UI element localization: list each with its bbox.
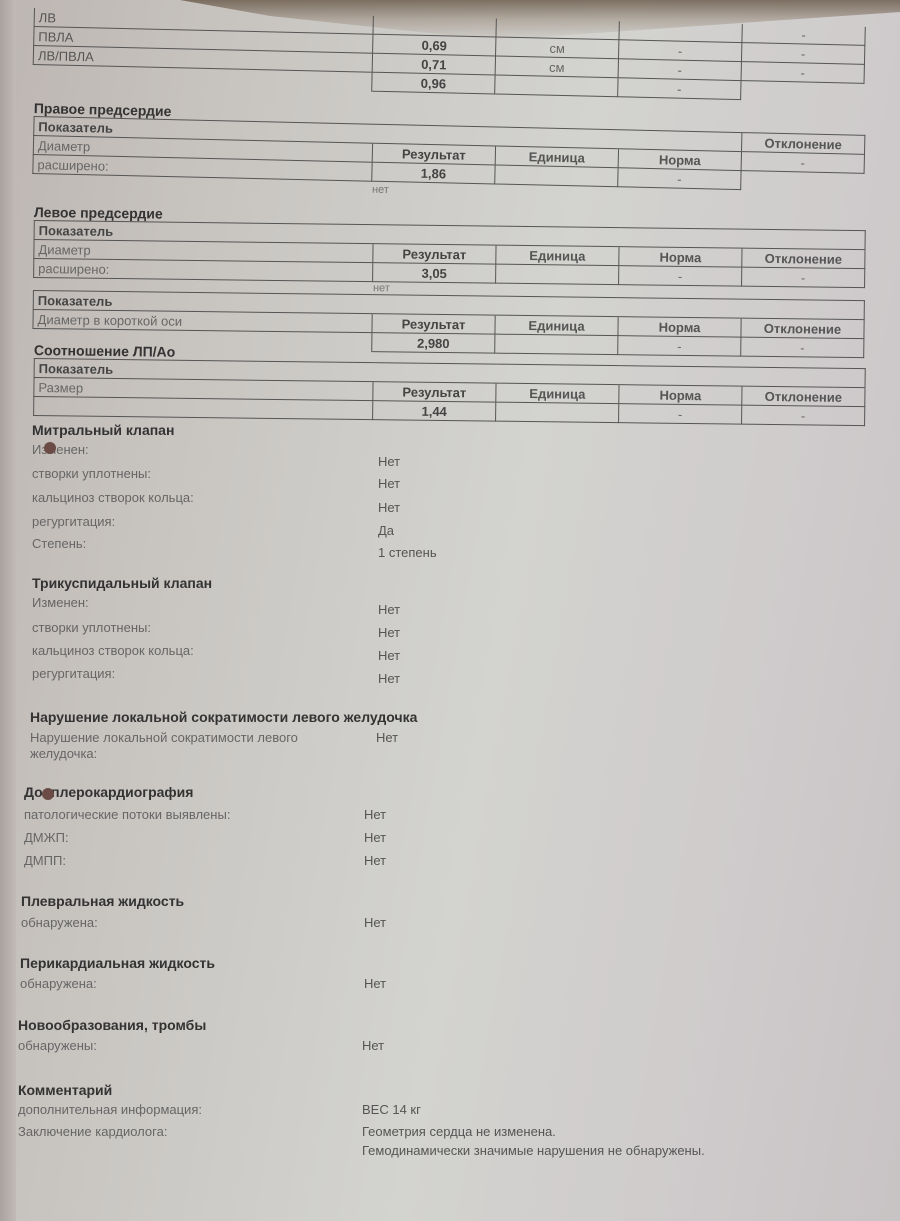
header-result: Результат — [373, 244, 496, 265]
section-title: Комментарий — [18, 1082, 878, 1098]
pericardial-fluid-section: Перикардиальная жидкость обнаружена: Нет — [20, 955, 840, 995]
lv-table: ЛВ - ПВЛА 0,69 см - - ЛВ/ПВЛА 0,71 см - … — [32, 8, 866, 103]
conclusion-line1: Геометрия сердца не изменена. — [362, 1124, 556, 1139]
section-title: Перикардиальная жидкость — [20, 955, 840, 971]
la-ao-ratio-table: Показатель Размер Результат Единица Норм… — [33, 358, 866, 426]
item-label: створки уплотнены: — [32, 466, 151, 481]
pin-mark — [44, 442, 56, 454]
header-spacer — [496, 364, 619, 385]
row-norm: - — [619, 266, 742, 287]
row-deviation — [741, 81, 864, 103]
item-label: регургитация: — [32, 514, 115, 529]
item-label-line1: Нарушение локальной сократимости левого — [30, 730, 298, 745]
header-deviation: Отклонение — [741, 318, 864, 339]
header-spacer — [373, 225, 496, 246]
section-title: Плевральная жидкость — [21, 893, 841, 909]
header-unit: Единица — [495, 315, 618, 336]
la-ao-ratio-section: Соотношение ЛП/Ао Показатель Размер Резу… — [33, 342, 866, 426]
item-value: Нет — [378, 602, 400, 617]
header-deviation: Отклонение — [742, 386, 865, 407]
left-atrium-table: Показатель Диаметр Результат Единица Нор… — [33, 220, 866, 288]
header-result: Результат — [372, 314, 495, 335]
neoplasms-section: Новообразования, тромбы обнаружены: Нет — [18, 1017, 838, 1057]
header-spacer — [496, 226, 619, 247]
item-value: Нет — [362, 1038, 384, 1053]
row-unit — [495, 165, 618, 187]
row-unit — [496, 402, 619, 423]
doppler-section: Допплерокардиография патологические пото… — [24, 784, 844, 874]
section-title: Нарушение локальной сократимости левого … — [30, 709, 850, 725]
row-result: 1,44 — [373, 401, 496, 422]
header-spacer — [619, 228, 742, 249]
header-spacer — [495, 296, 618, 317]
header-deviation: Отклонение — [742, 248, 865, 269]
lv-table-section: ЛВ - ПВЛА 0,69 см - - ЛВ/ПВЛА 0,71 см - … — [32, 8, 866, 103]
mitral-valve-section: Митральный клапан Изменен: Нет створки у… — [32, 422, 852, 562]
pin-mark — [42, 788, 54, 800]
lv-contractility-section: Нарушение локальной сократимости левого … — [30, 709, 850, 769]
header-result: Результат — [373, 382, 496, 403]
item-label: Изменен: — [32, 595, 89, 610]
section-title: Трикуспидальный клапан — [32, 575, 852, 591]
item-value: Нет — [378, 671, 400, 686]
conclusion-line2: Гемодинамически значимые нарушения не об… — [362, 1143, 705, 1158]
echo-report-page: ЛВ - ПВЛА 0,69 см - - ЛВ/ПВЛА 0,71 см - … — [18, 0, 878, 1221]
item-value: Нет — [378, 476, 400, 491]
row-norm: - — [618, 168, 741, 190]
header-spacer — [619, 366, 742, 387]
item-value: Нет — [378, 625, 400, 640]
dilated-label: расширено: — [34, 259, 373, 282]
item-label-line2: желудочка: — [30, 746, 97, 761]
pleural-fluid-section: Плевральная жидкость обнаружена: Нет — [21, 893, 841, 933]
tricuspid-valve-section: Трикуспидальный клапан Изменен: Нет ство… — [32, 575, 852, 685]
comment-section: Комментарий дополнительная информация: В… — [18, 1082, 878, 1172]
row-result: 1,86 — [372, 162, 495, 184]
item-label: патологические потоки выявлены: — [24, 807, 230, 822]
item-value: Нет — [378, 454, 400, 469]
item-label: регургитация: — [32, 666, 115, 681]
row-result: 0,96 — [372, 72, 495, 94]
item-value: Нет — [376, 730, 398, 745]
page-edge-shadow — [0, 0, 16, 1221]
item-label: створки уплотнены: — [32, 620, 151, 635]
row-result: 3,05 — [373, 263, 496, 284]
header-norm: Норма — [619, 247, 742, 268]
row-unit — [496, 264, 619, 285]
item-value: Нет — [364, 853, 386, 868]
header-spacer — [742, 229, 865, 250]
item-value: Нет — [364, 976, 386, 991]
item-value: 1 степень — [378, 545, 437, 560]
row-norm: - — [618, 78, 741, 100]
header-norm: Норма — [619, 385, 742, 406]
item-label: ДМЖП: — [24, 830, 69, 845]
item-label: кальциноз створок кольца: — [32, 643, 194, 658]
left-atrium-section: Левое предсердие Показатель Диаметр Резу… — [32, 204, 866, 358]
row-spacer — [741, 171, 864, 193]
item-label: обнаружена: — [21, 915, 98, 930]
header-unit: Единица — [496, 383, 619, 404]
item-value: Нет — [378, 648, 400, 663]
item-value: ВЕС 14 кг — [362, 1102, 421, 1117]
item-label: кальциноз створок кольца: — [32, 490, 194, 505]
section-title: Новообразования, тромбы — [18, 1017, 838, 1033]
item-label: Изменен: — [32, 442, 89, 457]
header-unit: Единица — [496, 245, 619, 266]
header-spacer — [373, 363, 496, 384]
item-value: Нет — [378, 500, 400, 515]
item-label: дополнительная информация: — [18, 1102, 202, 1117]
item-value: Да — [378, 523, 394, 538]
header-spacer — [741, 299, 864, 320]
item-value: Нет — [364, 830, 386, 845]
row-unit — [495, 75, 618, 97]
row-deviation: - — [742, 267, 865, 288]
item-label: ДМПП: — [24, 853, 66, 868]
right-atrium-section: Правое предсердие Показатель Отклонение … — [32, 100, 866, 207]
header-spacer — [618, 298, 741, 319]
item-label: обнаружены: — [18, 1038, 97, 1053]
header-norm: Норма — [618, 317, 741, 338]
header-spacer — [372, 295, 495, 316]
item-value: Нет — [364, 807, 386, 822]
item-label: обнаружена: — [20, 976, 97, 991]
item-label: Степень: — [32, 536, 86, 551]
item-label: Заключение кардиолога: — [18, 1124, 167, 1139]
item-value: Нет — [364, 915, 386, 930]
header-spacer — [742, 367, 865, 388]
section-title: Митральный клапан — [32, 422, 852, 438]
row-label-spacer — [34, 397, 373, 420]
section-title: Допплерокардиография — [24, 784, 844, 800]
